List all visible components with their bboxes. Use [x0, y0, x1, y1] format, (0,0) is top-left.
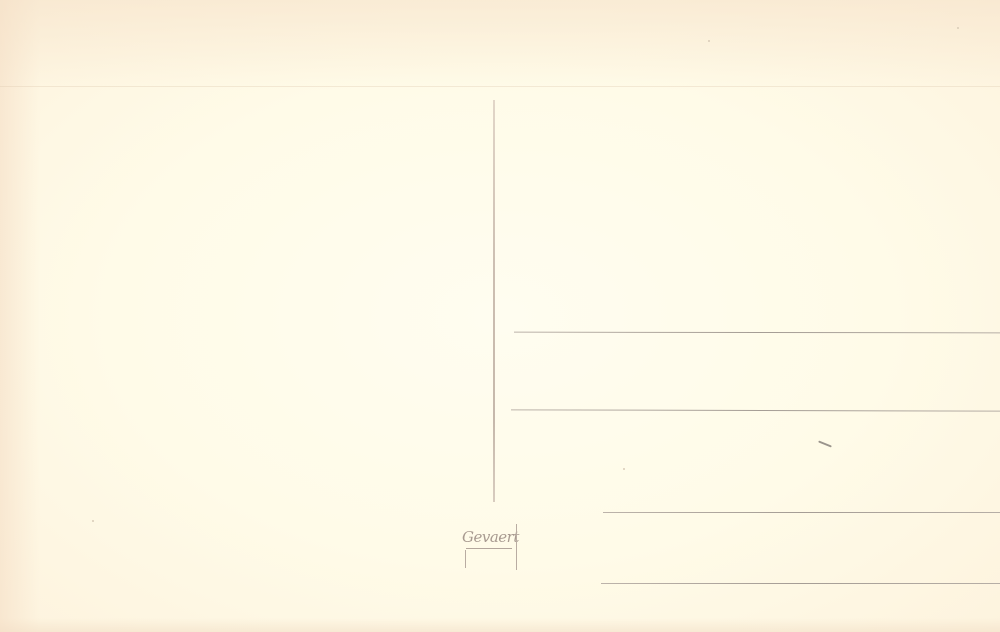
center-divider-line — [493, 100, 495, 502]
address-line-2 — [511, 409, 1000, 412]
logo-stem-left — [465, 550, 466, 568]
gevaert-logo: Gevaert — [460, 524, 522, 572]
paper-crease — [0, 86, 1000, 87]
postcard-back: Gevaert — [0, 0, 1000, 632]
address-line-3 — [603, 512, 1000, 513]
paper-speck — [92, 520, 94, 522]
address-line-1 — [514, 332, 1000, 334]
paper-speck — [957, 27, 959, 29]
logo-underline — [466, 548, 512, 549]
address-line-4 — [601, 583, 1000, 584]
logo-stem-right — [516, 524, 517, 570]
paper-speck — [623, 468, 625, 470]
paper-speck — [708, 40, 710, 42]
pencil-mark — [818, 440, 832, 447]
logo-text: Gevaert — [462, 528, 519, 546]
